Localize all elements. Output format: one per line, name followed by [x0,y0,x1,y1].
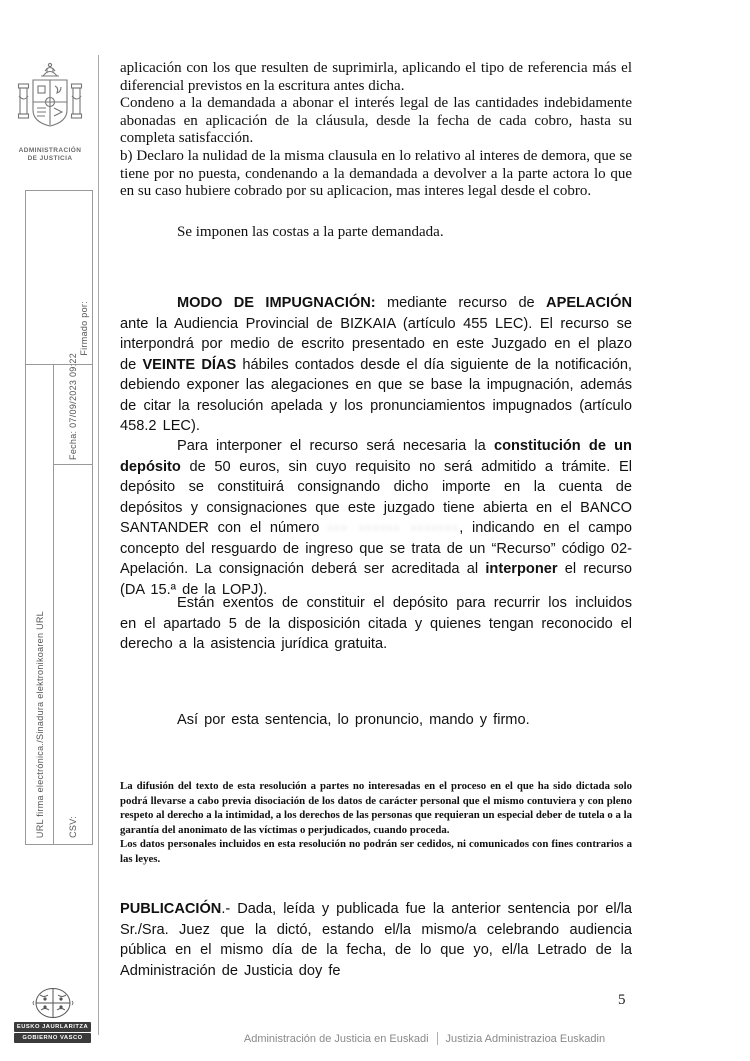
signature-date-cell: Fecha: 07/09/2023 09:22 [54,365,92,465]
publicacion-section: PUBLICACIÓN.- Dada, leída y publicada fu… [120,899,632,981]
paragraph-fallo-2: Condeno a la demandada a abonar el inter… [120,95,632,148]
paragraph-publicacion: PUBLICACIÓN.- Dada, leída y publicada fu… [120,899,632,981]
paragraph-firmo: Así por esta sentencia, lo pronuncio, ma… [120,710,632,731]
signature-url-label: URL firma electrónica./Sinadura elektron… [35,611,45,838]
signature-csv-cell: CSV: [54,465,92,844]
footer-text-eu: Justizia Administrazioa Euskadin [446,1033,606,1045]
left-margin-rule [98,55,99,1035]
paragraph-privacy-2: Los datos personales incluidos en esta r… [120,837,632,866]
basque-crest-icon [30,985,76,1021]
paragraph-exentos: Están exentos de constituir el depósito … [120,593,632,655]
paragraph-impugnacion: MODO DE IMPUGNACIÓN: mediante recurso de… [120,293,632,437]
deposito-section: Para interponer el recurso será necesari… [120,436,632,600]
signed-by-label: Firmado por: [79,301,89,356]
interponer-bold: interponer [485,561,557,577]
impugnacion-section: MODO DE IMPUGNACIÓN: mediante recurso de… [120,293,632,437]
spain-coat-of-arms-icon [17,62,83,144]
signature-date-label: Fecha: 07/09/2023 09:22 [68,353,78,460]
footer-text-es: Administración de Justicia en Euskadi [244,1033,429,1045]
exentos-section: Están exentos de constituir el depósito … [120,593,632,655]
veinte-dias-bold: VEINTE DÍAS [142,357,236,373]
admin-justicia-label-line2: DE JUSTICIA [10,155,90,163]
page-footer: Administración de Justicia en Euskadi Ju… [99,1032,750,1045]
firmo-section: Así por esta sentencia, lo pronuncio, ma… [120,710,632,731]
signature-url-cell: URL firma electrónica./Sinadura elektron… [26,365,54,844]
publicacion-bold: PUBLICACIÓN [120,901,221,917]
modo-impugnacion-bold: MODO DE IMPUGNACIÓN: [177,295,376,311]
paragraph-fallo-3: b) Declaro la nulidad de la misma clausu… [120,148,632,201]
signature-csv-label: CSV: [68,816,78,838]
basque-government-logo: EUSKO JAURLARITZA GOBIERNO VASCO [14,985,91,1043]
redacted-account-number: ··· ······ ······· [328,520,459,536]
page-number: 5 [618,992,626,1009]
paragraph-privacy-1: La difusión del texto de esta resolución… [120,779,632,837]
document-page: ADMINISTRACIÓN DE JUSTICIA Firmado por: … [0,0,750,1061]
signature-panel: Firmado por: URL firma electrónica./Sina… [25,190,93,845]
footer-divider [437,1032,438,1045]
spain-coat-of-arms: ADMINISTRACIÓN DE JUSTICIA [10,62,90,163]
basque-banner-eusko: EUSKO JAURLARITZA [14,1022,91,1032]
basque-banner-gobierno: GOBIERNO VASCO [14,1033,91,1043]
privacy-notice-section: La difusión del texto de esta resolución… [120,779,632,867]
admin-justicia-label-line1: ADMINISTRACIÓN [10,147,90,155]
fallo-section: aplicación con los que resulten de supri… [120,60,632,201]
paragraph-costas: Se imponen las costas a la parte demanda… [120,224,632,242]
paragraph-deposito: Para interponer el recurso será necesari… [120,436,632,600]
signature-signed-by-cell: Firmado por: [26,191,92,365]
paragraph-fallo-1: aplicación con los que resulten de supri… [120,60,632,95]
costas-section: Se imponen las costas a la parte demanda… [120,224,632,242]
apelacion-bold: APELACIÓN [546,295,632,311]
